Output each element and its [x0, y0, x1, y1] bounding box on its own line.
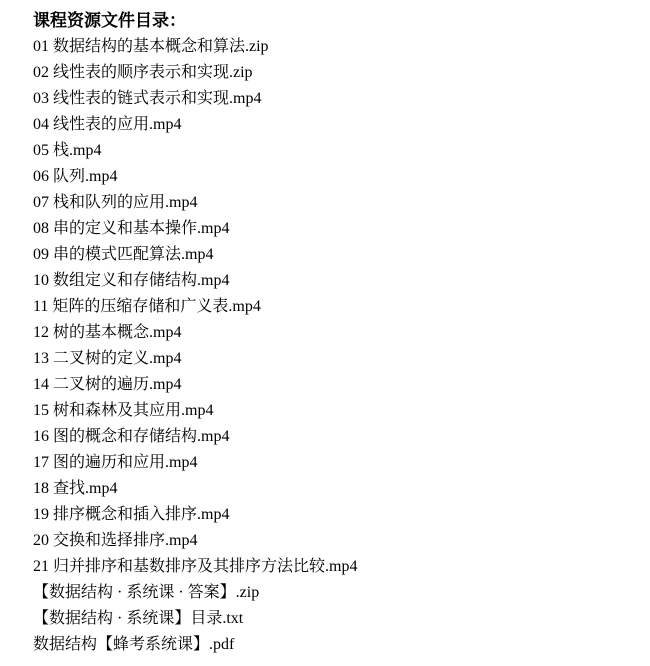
file-list-item: 11 矩阵的压缩存储和广义表.mp4 [33, 294, 630, 320]
file-list-item: 【数据结构 · 系统课 · 答案】.zip [33, 580, 630, 606]
file-list-item: 15 树和森林及其应用.mp4 [33, 398, 630, 424]
file-list-item: 18 查找.mp4 [33, 476, 630, 502]
course-file-directory-document: 课程资源文件目录： 01 数据结构的基本概念和算法.zip 02 线性表的顺序表… [0, 0, 650, 658]
file-list-item: 20 交换和选择排序.mp4 [33, 528, 630, 554]
file-list-item: 08 串的定义和基本操作.mp4 [33, 216, 630, 242]
document-title: 课程资源文件目录： [33, 8, 630, 34]
file-list-item: 09 串的模式匹配算法.mp4 [33, 242, 630, 268]
file-list-item: 01 数据结构的基本概念和算法.zip [33, 34, 630, 60]
file-list-item: 16 图的概念和存储结构.mp4 [33, 424, 630, 450]
file-list-item: 03 线性表的链式表示和实现.mp4 [33, 86, 630, 112]
file-list-item: 07 栈和队列的应用.mp4 [33, 190, 630, 216]
file-list-item: 06 队列.mp4 [33, 164, 630, 190]
file-list-item: 19 排序概念和插入排序.mp4 [33, 502, 630, 528]
file-list-item: 【数据结构 · 系统课】目录.txt [33, 606, 630, 632]
file-list-item: 数据结构【蜂考系统课】.pdf [33, 632, 630, 658]
file-list-item: 17 图的遍历和应用.mp4 [33, 450, 630, 476]
file-list-item: 10 数组定义和存储结构.mp4 [33, 268, 630, 294]
file-list-item: 21 归并排序和基数排序及其排序方法比较.mp4 [33, 554, 630, 580]
file-list-item: 13 二叉树的定义.mp4 [33, 346, 630, 372]
file-list-item: 02 线性表的顺序表示和实现.zip [33, 60, 630, 86]
file-list-item: 04 线性表的应用.mp4 [33, 112, 630, 138]
file-list-item: 14 二叉树的遍历.mp4 [33, 372, 630, 398]
file-list-item: 12 树的基本概念.mp4 [33, 320, 630, 346]
file-list-item: 05 栈.mp4 [33, 138, 630, 164]
